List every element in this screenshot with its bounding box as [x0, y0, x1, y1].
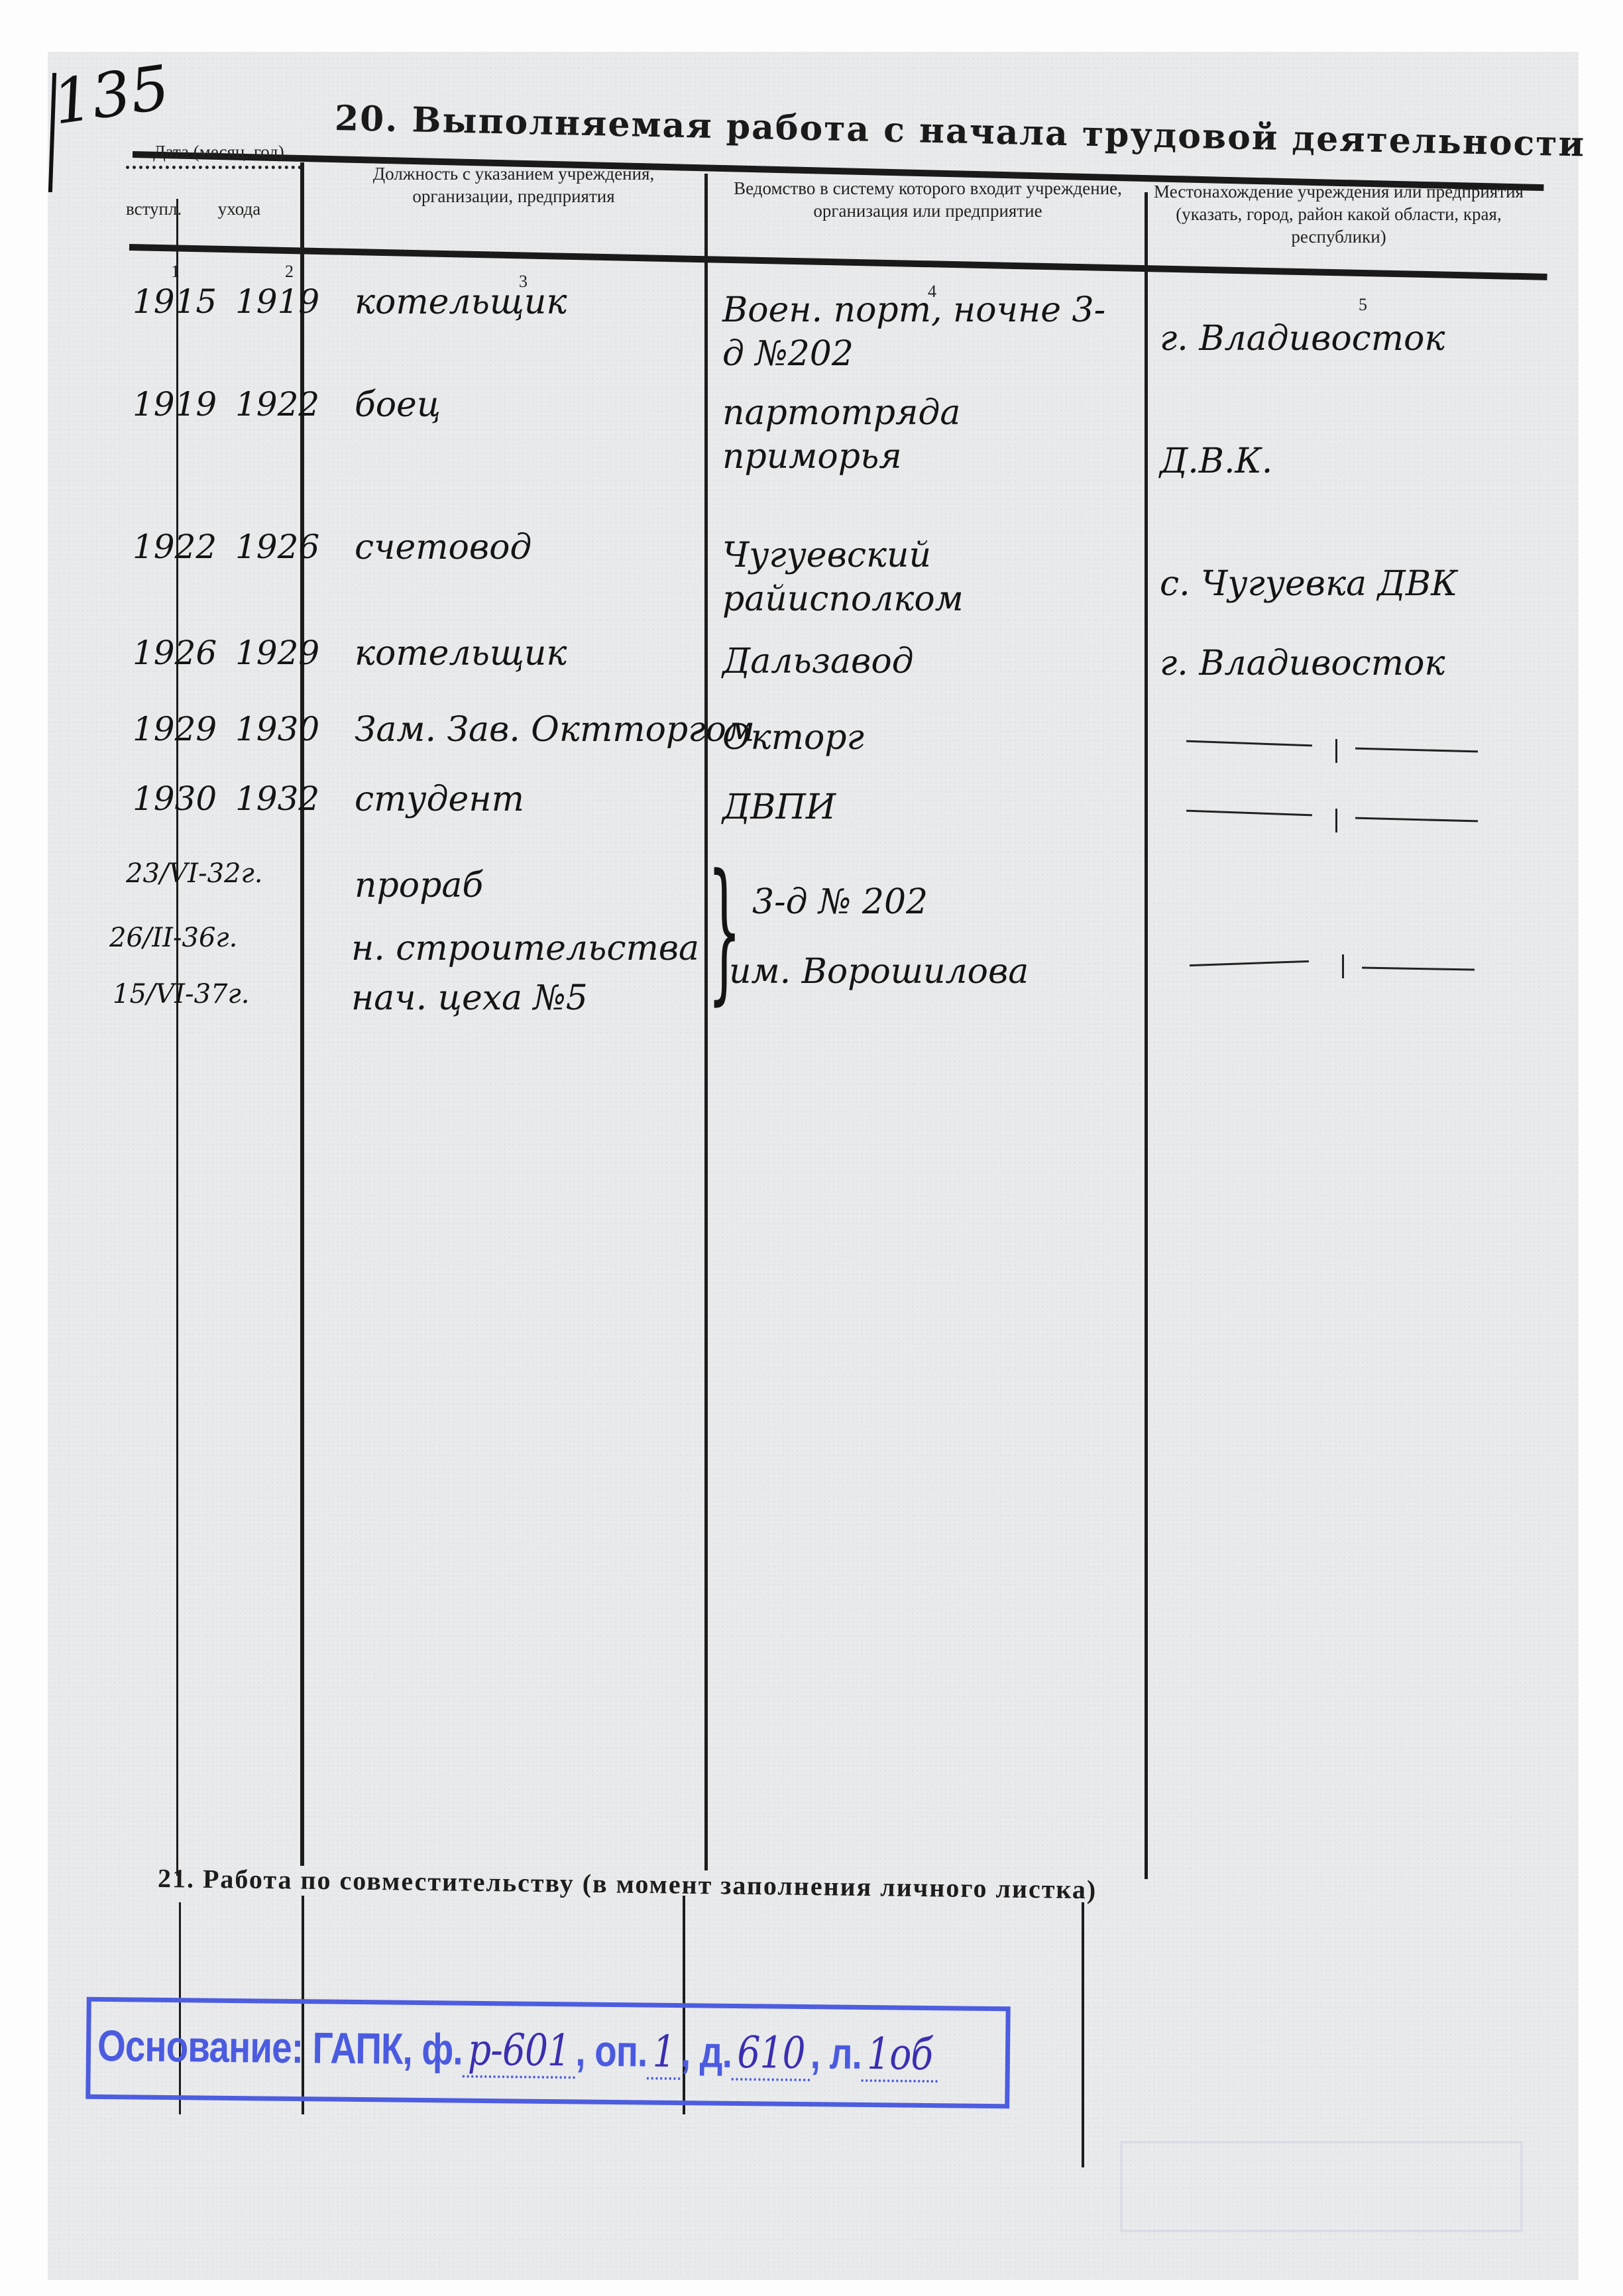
stamp-opis-label: , оп. [575, 2026, 647, 2075]
department: Дальзавод [722, 640, 1120, 683]
start-year: 1929 [133, 713, 217, 746]
grouped-date-3: 15/VI-37г. [113, 981, 249, 1007]
end-year: 1930 [235, 713, 319, 746]
start-year: 1926 [133, 636, 217, 669]
archive-reference-stamp: Основание: ГАПК, ф.р-601, оп.1, д.610, л… [85, 1997, 1011, 2109]
position: студент [355, 782, 524, 817]
stamp-opis: 1 [647, 2026, 681, 2081]
stamp-fond: р-601 [462, 2024, 575, 2079]
header-department: Ведомство в систему которого входит учре… [729, 177, 1127, 222]
position: Зам. Зав. Октторгом [355, 713, 755, 747]
grouped-date-2: 26/II-36г. [109, 925, 237, 951]
column-divider-position [704, 174, 708, 1870]
stamp-delo-label: , д. [681, 2027, 732, 2077]
department: партотряда приморья [722, 391, 1120, 479]
end-year: 1929 [235, 636, 319, 669]
location: г. Владивосток [1160, 318, 1531, 359]
location: г. Владивосток [1160, 643, 1531, 684]
stamp-list-label: , л. [811, 2028, 862, 2078]
header-date-group: Дата (месяц, год) [133, 141, 305, 163]
department: ДВПИ [722, 785, 1120, 829]
start-year: 1930 [133, 782, 217, 815]
department: Чугуевский райисполком [722, 534, 1120, 621]
grouped-department-1: 3-д № 202 [752, 885, 928, 919]
column-number-2: 2 [285, 262, 294, 282]
position: котельщик [355, 636, 567, 671]
column-divider-start-end [176, 199, 178, 1876]
stamp-list: 1об [862, 2028, 938, 2083]
section-21-divider-4 [1082, 1902, 1084, 2167]
position: счетовод [355, 530, 532, 565]
department: Воен. порт, ночне 3-д №202 [722, 288, 1120, 376]
start-year: 1915 [133, 285, 217, 318]
grouped-department-2: им. Ворошилова [729, 954, 1029, 989]
grouped-position-1: прораб [355, 868, 483, 903]
end-year: 1932 [235, 782, 319, 815]
column-number-1: 1 [171, 262, 180, 282]
location: Д.В.К. [1160, 441, 1531, 482]
end-year: 1926 [235, 530, 319, 563]
header-position: Должность с указанием учреждения, органи… [371, 162, 656, 207]
column-number-5: 5 [1359, 295, 1367, 315]
stamp-delo: 610 [732, 2027, 811, 2081]
grouped-position-2: н. строительства [351, 931, 699, 966]
start-year: 1919 [133, 388, 217, 421]
end-year: 1919 [235, 285, 319, 318]
location: с. Чугуевка ДВК [1160, 563, 1531, 604]
grouped-date-1: 23/VI-32г. [126, 860, 262, 887]
header-date-divider [126, 166, 302, 169]
header-start: вступл. [126, 198, 178, 220]
position: боец [355, 388, 441, 422]
header-location: Местонахождение учреждения или предприят… [1153, 180, 1524, 248]
faded-stamp-imprint [1120, 2141, 1523, 2232]
column-divider-department [1145, 192, 1148, 1879]
end-year: 1922 [235, 388, 319, 421]
position: котельщик [355, 285, 567, 319]
stamp-prefix: Основание: ГАПК, ф. [97, 2021, 463, 2074]
grouped-position-3: нач. цеха №5 [351, 981, 588, 1015]
department: Окторг [722, 716, 1120, 760]
start-year: 1922 [133, 530, 217, 563]
header-end: ухода [178, 198, 301, 220]
